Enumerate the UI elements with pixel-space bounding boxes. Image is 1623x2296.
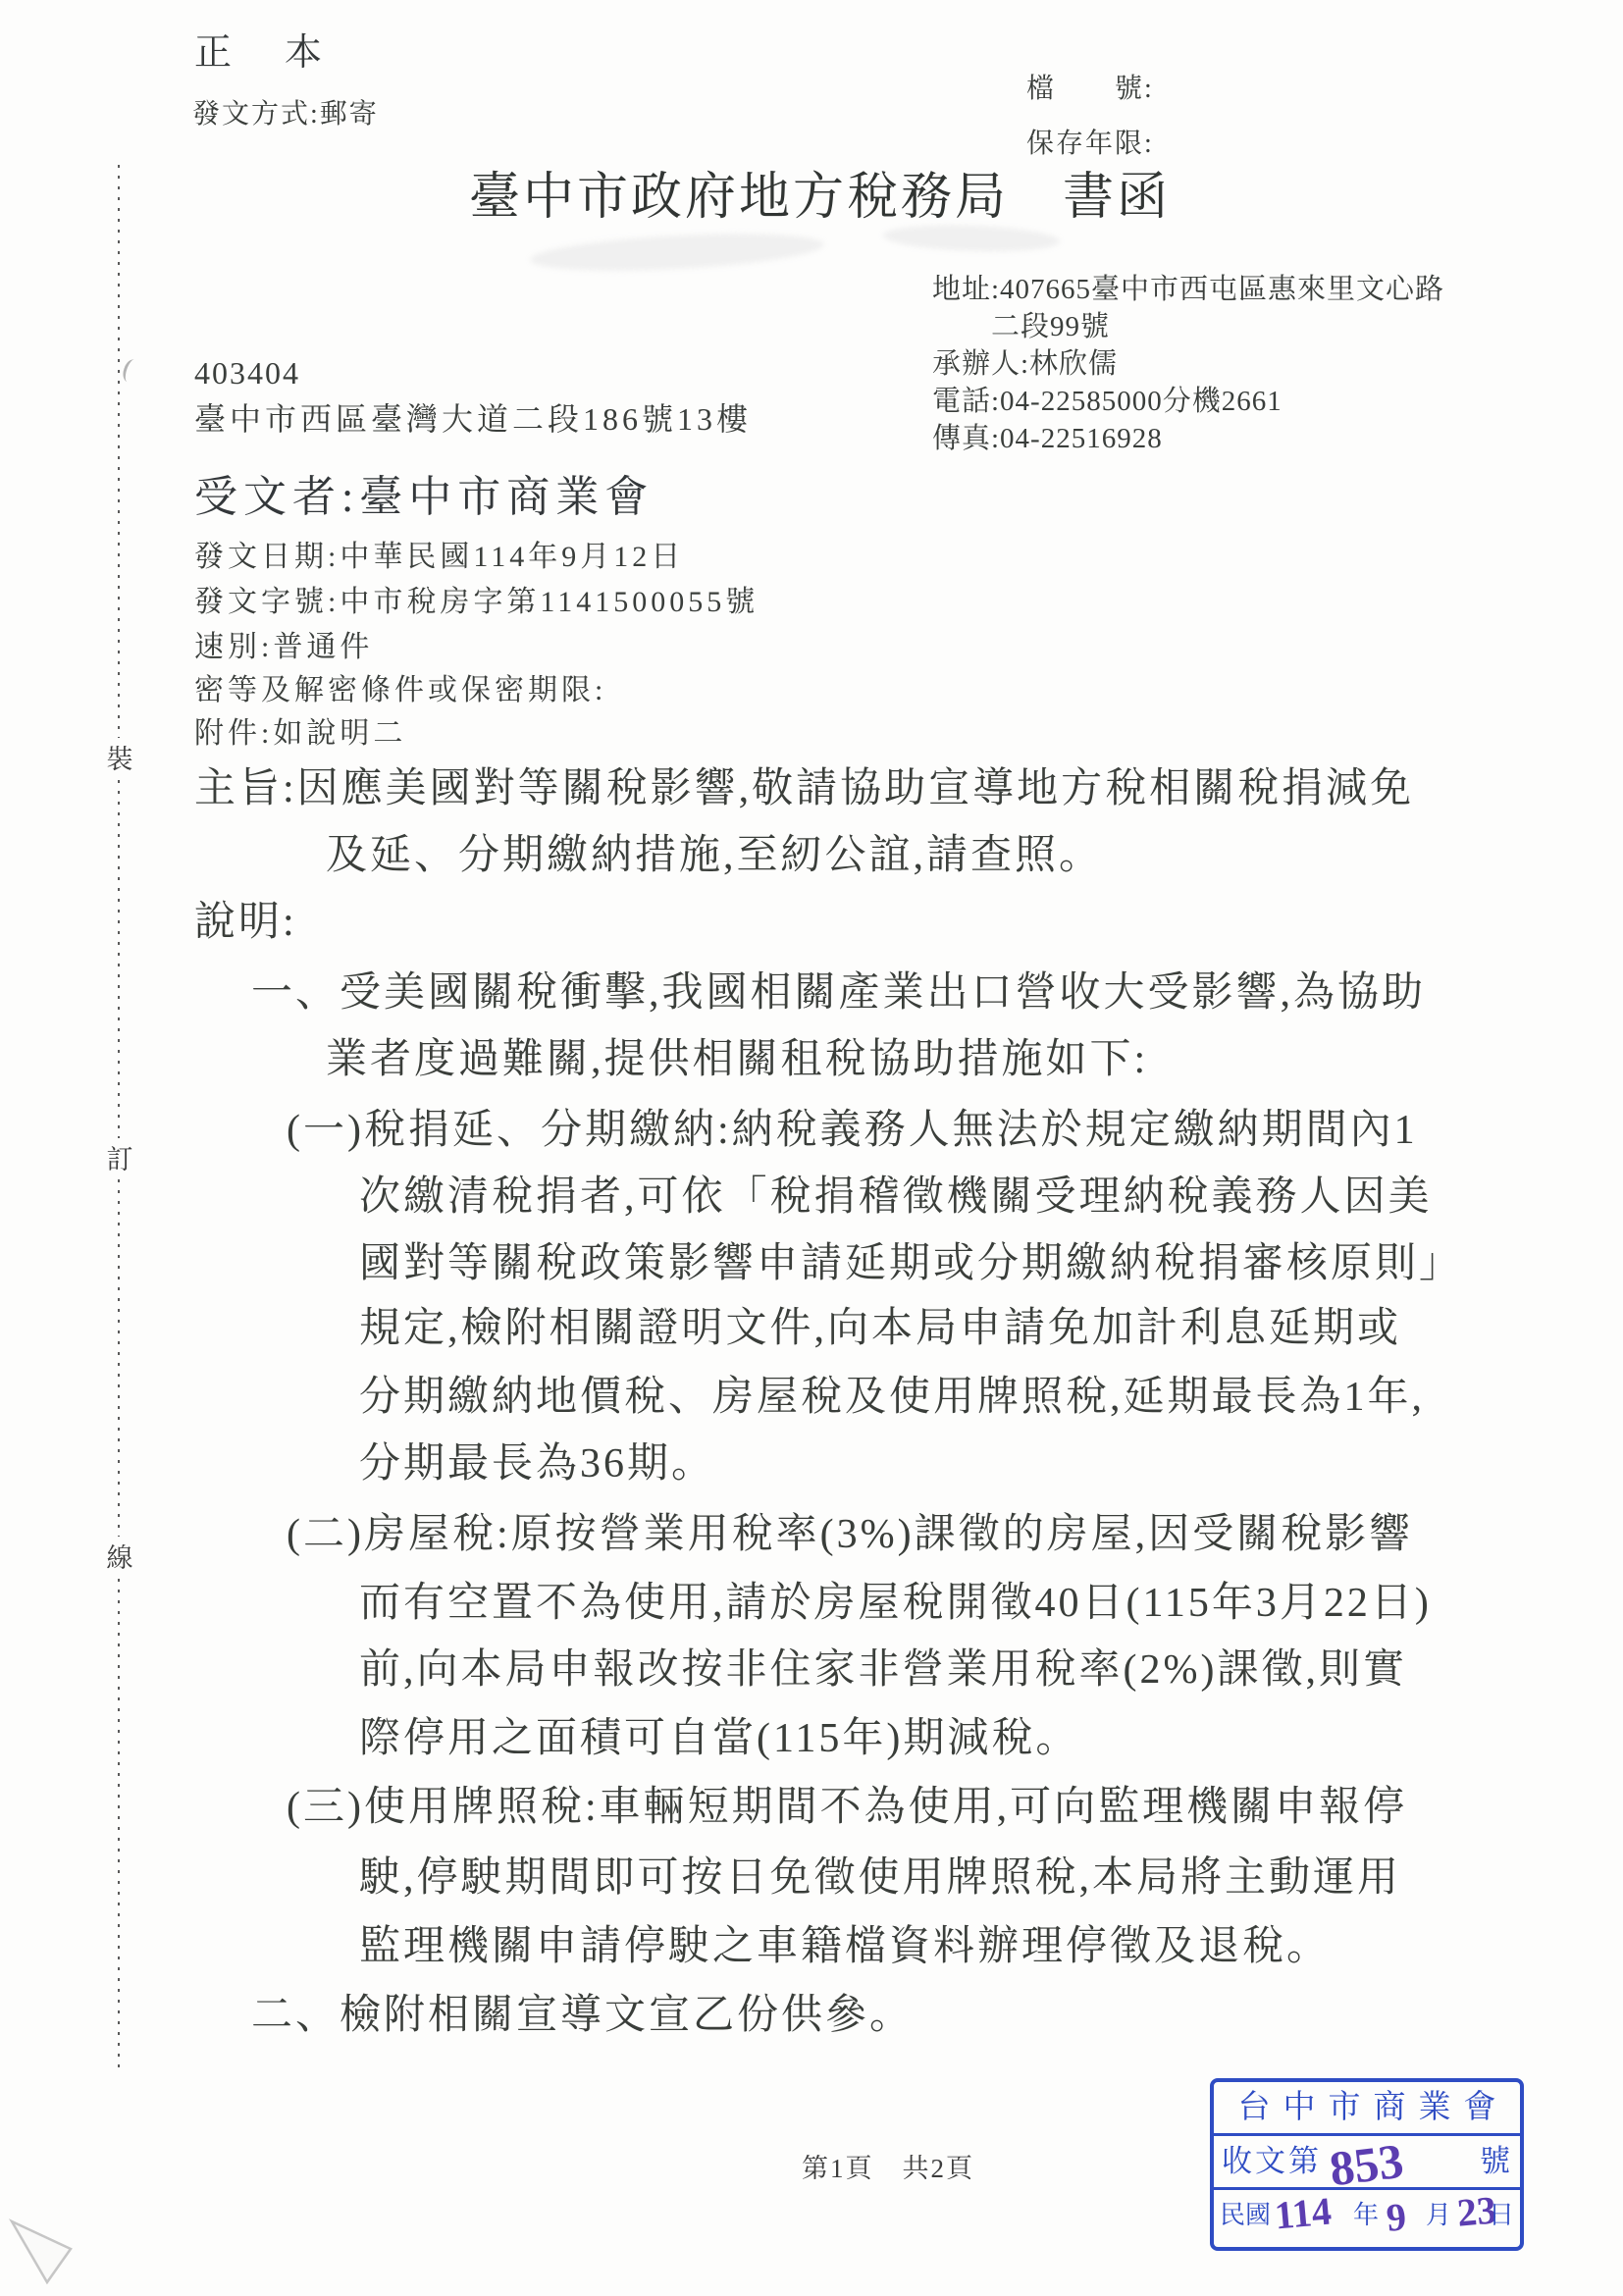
doc-number-line: 發文字號:中市稅房字第1141500055號 — [194, 577, 759, 620]
document-title: 臺中市政府地方稅務局 書函 — [469, 155, 1171, 229]
receipt-stamp: 台中市商業會 收文第 853 號 民國 114 年 9 月 23 日 — [1210, 2078, 1524, 2251]
fold-mark-triangle — [6, 2214, 84, 2292]
stamp-receipt-row: 收文第 853 號 — [1214, 2133, 1520, 2187]
security-line: 密等及解密條件或保密期限: — [194, 665, 606, 708]
body-line-sub3-c: 監理機關申請停駛之車籍檔資料辦理停徵及退稅。 — [359, 1913, 1331, 1972]
binding-dotted-line — [118, 165, 120, 2073]
binding-mark-zhuang: 裝 — [102, 738, 137, 776]
body-line-subject-2: 及延、分期繳納措施,至紉公誼,請查照。 — [326, 822, 1103, 881]
body-line-item1-a: 一、受美國關稅衝擊,我國相關產業出口營收大受影響,為協助 — [251, 960, 1426, 1018]
stamp-month-handwritten: 9 — [1385, 2197, 1407, 2238]
scan-smudge — [529, 228, 824, 277]
body-line-sub1-e: 分期繳納地價稅、房屋稅及使用牌照稅,延期最長為1年, — [359, 1364, 1425, 1423]
recipient-postal-code: 403404 — [194, 355, 300, 391]
body-line-explain: 說明: — [194, 889, 297, 948]
body-line-sub1-d: 規定,檢附相關證明文件,向本局申請免加計利息延期或 — [359, 1295, 1401, 1354]
body-line-sub3-b: 駛,停駛期間即可按日免徵使用牌照稅,本局將主動運用 — [359, 1845, 1401, 1904]
sender-fax: 傳真:04-22516928 — [932, 416, 1163, 456]
stamp-year-label: 年 — [1353, 2190, 1379, 2241]
speed-line: 速別:普通件 — [194, 622, 373, 665]
file-number-label: 檔 號: — [1026, 67, 1154, 106]
copy-type-label: 正 本 — [194, 22, 330, 76]
stamp-org-name: 台中市商業會 — [1214, 2082, 1520, 2133]
stamp-receipt-number-handwritten: 853 — [1327, 2136, 1406, 2194]
sender-phone: 電話:04-22585000分機2661 — [932, 379, 1283, 419]
send-method-label: 發文方式:郵寄 — [192, 92, 379, 131]
stamp-month-label: 月 — [1426, 2190, 1451, 2241]
body-line-sub2-c: 前,向本局申報改按非住家非營業用稅率(2%)課徵,則實 — [359, 1637, 1407, 1696]
recipient-line: 受文者:臺中市商業會 — [194, 461, 654, 524]
sender-address-line1: 地址:407665臺中市西屯區惠來里文心路 — [932, 267, 1444, 307]
body-line-sub2-a: (二)房屋稅:原按營業用稅率(3%)課徵的房屋,因受關稅影響 — [287, 1501, 1413, 1560]
binding-mark-ding: 訂 — [102, 1138, 137, 1176]
body-line-sub1-a: (一)稅捐延、分期繳納:納稅義務人無法於規定繳納期間內1 — [287, 1097, 1418, 1156]
body-line-sub1-f: 分期最長為36期。 — [359, 1431, 715, 1489]
stamp-receipt-suffix: 號 — [1480, 2136, 1510, 2187]
doc-date-line: 發文日期:中華民國114年9月12日 — [194, 532, 684, 575]
body-line-sub2-d: 際停用之面積可自當(115年)期減稅。 — [359, 1705, 1079, 1764]
stamp-receipt-prefix: 收文第 — [1222, 2136, 1322, 2187]
page-footer: 第1頁 共2頁 — [802, 2147, 974, 2185]
binding-mark-xian: 線 — [102, 1537, 137, 1575]
sender-contact: 承辦人:林欣儒 — [932, 341, 1118, 382]
stamp-date-row: 民國 114 年 9 月 23 日 — [1214, 2187, 1520, 2241]
body-line-item1-b: 業者度過難關,提供相關租稅協助措施如下: — [326, 1026, 1148, 1085]
body-line-sub1-b: 次繳清稅捐者,可依「稅捐稽徵機關受理納稅義務人因美 — [359, 1164, 1433, 1223]
official-letter-page: 裝 訂 線 正 本 發文方式:郵寄 檔 號: 保存年限: 臺中市政府地方稅務局 … — [0, 0, 1623, 2296]
stamp-day-label: 日 — [1489, 2190, 1514, 2241]
stamp-era-label: 民國 — [1220, 2190, 1271, 2241]
stamp-year-handwritten: 114 — [1273, 2192, 1333, 2236]
attachment-line: 附件:如說明二 — [194, 708, 406, 752]
body-line-sub1-c: 國對等關稅政策影響申請延期或分期繳納稅捐審核原則」 — [359, 1230, 1463, 1289]
scan-mark — [121, 357, 142, 384]
sender-address-line2: 二段99號 — [991, 304, 1110, 344]
body-line-sub2-b: 而有空置不為使用,請於房屋稅開徵40日(115年3月22日) — [359, 1570, 1432, 1629]
body-line-subject-1: 主旨:因應美國對等關稅影響,敬請協助宣導地方稅相關稅捐減免 — [194, 756, 1414, 814]
recipient-address: 臺中市西區臺灣大道二段186號13樓 — [194, 394, 752, 440]
body-line-item2: 二、檢附相關宣導文宣乙份供參。 — [251, 1982, 914, 2041]
body-line-sub3-a: (三)使用牌照稅:車輛短期間不為使用,可向監理機關申報停 — [287, 1774, 1407, 1833]
